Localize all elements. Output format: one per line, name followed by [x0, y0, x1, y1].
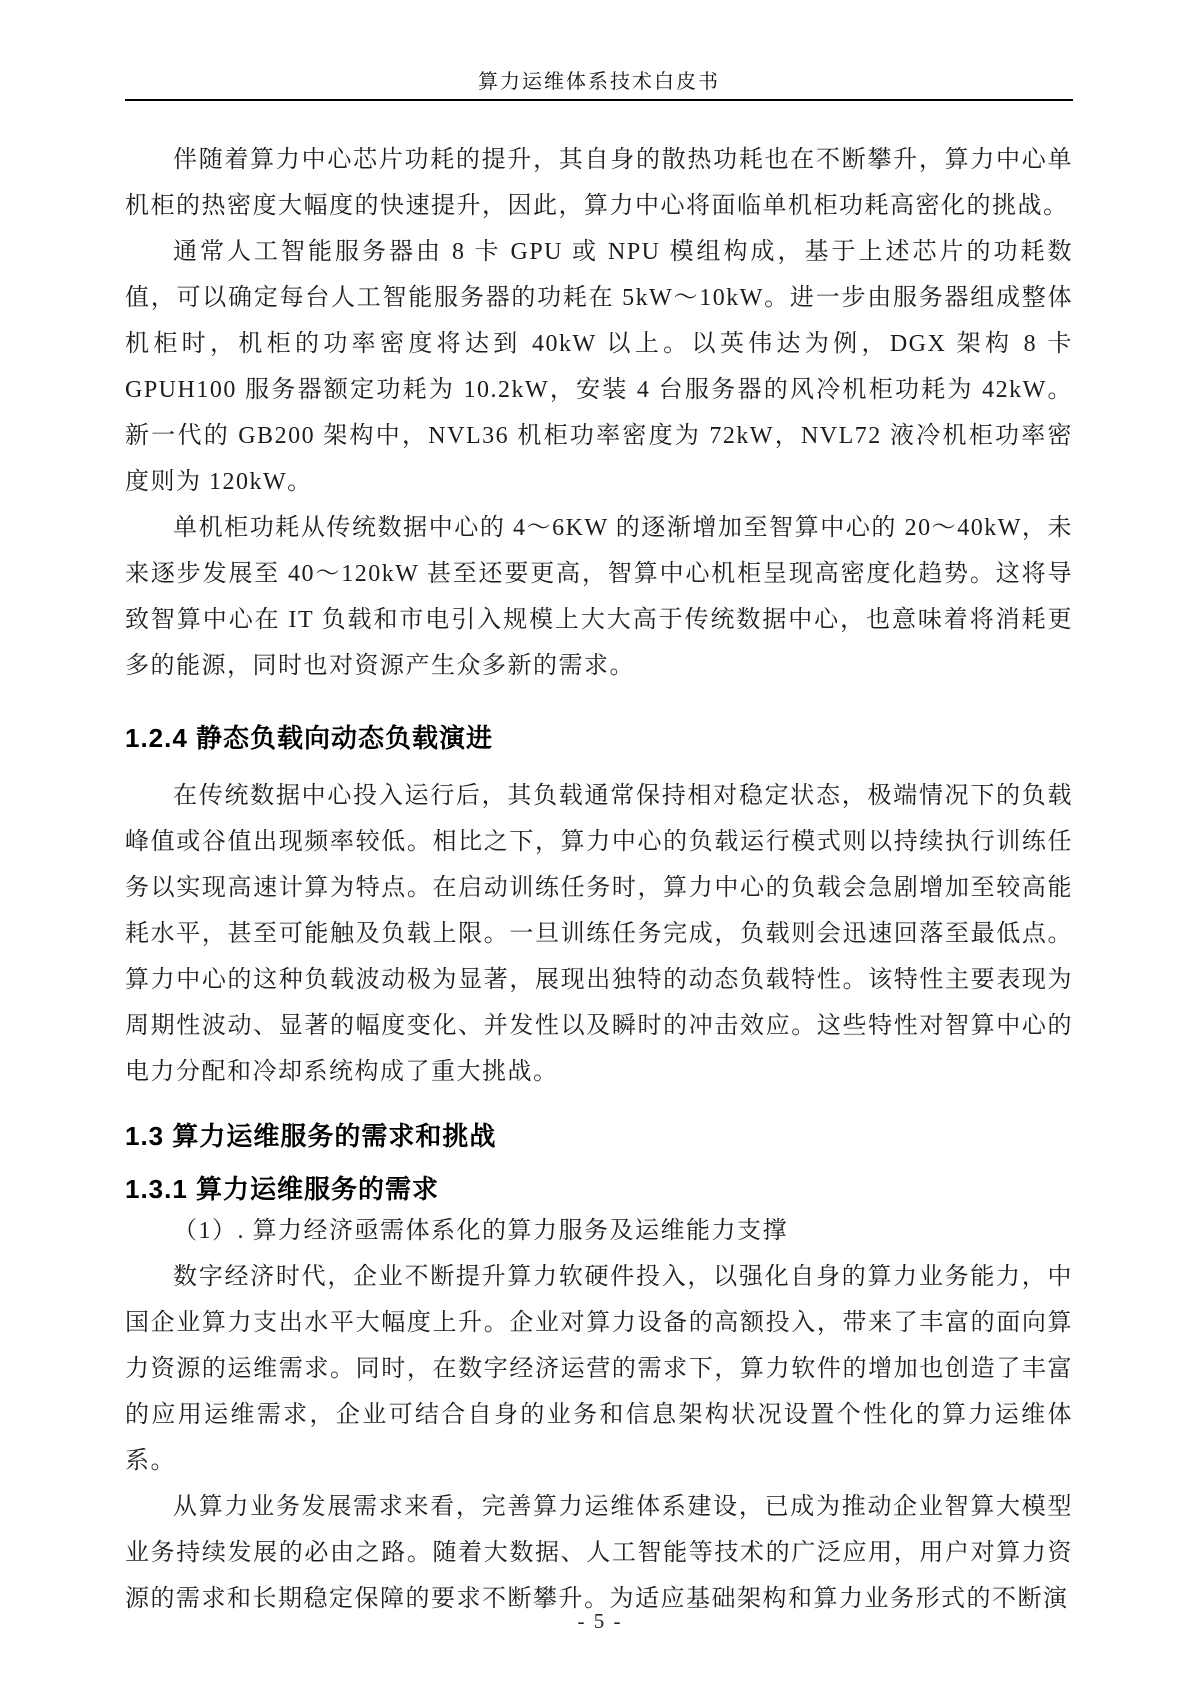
paragraph: 通常人工智能服务器由 8 卡 GPU 或 NPU 模组构成，基于上述芯片的功耗数…: [125, 229, 1073, 505]
header-title: 算力运维体系技术白皮书: [125, 70, 1073, 94]
document-page: 算力运维体系技术白皮书 伴随着算力中心芯片功耗的提升，其自身的散热功耗也在不断攀…: [0, 0, 1200, 1698]
document-body: 伴随着算力中心芯片功耗的提升，其自身的散热功耗也在不断攀升，算力中心单机柜的热密…: [125, 137, 1073, 1622]
paragraph: 单机柜功耗从传统数据中心的 4～6KW 的逐渐增加至智算中心的 20～40kW，…: [125, 505, 1073, 689]
paragraph: 伴随着算力中心芯片功耗的提升，其自身的散热功耗也在不断攀升，算力中心单机柜的热密…: [125, 137, 1073, 229]
page-header: 算力运维体系技术白皮书: [125, 0, 1073, 101]
footer-page-number: - 5 -: [0, 1608, 1200, 1634]
paragraph: 从算力业务发展需求来看，完善算力运维体系建设，已成为推动企业智算大模型业务持续发…: [125, 1484, 1073, 1622]
subsection-heading: 1.3.1 算力运维服务的需求: [125, 1174, 1073, 1204]
paragraph: 在传统数据中心投入运行后，其负载通常保持相对稳定状态，极端情况下的负载峰值或谷值…: [125, 773, 1073, 1095]
section-heading: 1.3 算力运维服务的需求和挑战: [125, 1121, 1073, 1151]
numbered-item-heading: （1）. 算力经济亟需体系化的算力服务及运维能力支撑: [125, 1208, 1073, 1254]
paragraph: 数字经济时代，企业不断提升算力软硬件投入，以强化自身的算力业务能力，中国企业算力…: [125, 1254, 1073, 1484]
header-rule: [125, 99, 1073, 101]
subsection-heading: 1.2.4 静态负载向动态负载演进: [125, 723, 1073, 753]
